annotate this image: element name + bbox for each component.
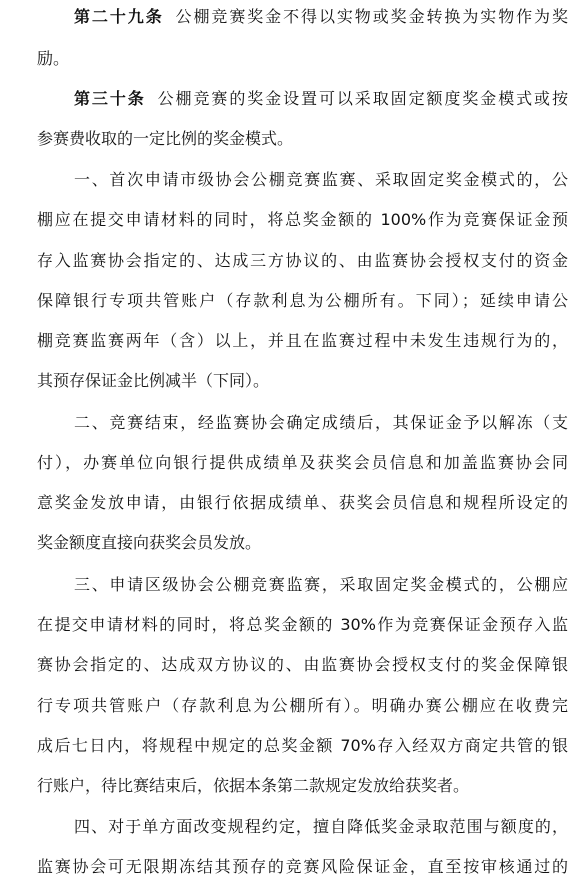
clause-3-line-6: 行账户，待比赛结束后，依据本条第二款规定发放给获奖者。 — [37, 774, 568, 798]
clause-2-line-4: 奖金额度直接向获奖会员发放。 — [37, 531, 568, 555]
article-30-line-2: 参赛费收取的一定比例的奖金模式。 — [37, 127, 568, 151]
clause-1-line-6: 其预存保证金比例减半（下同）。 — [37, 369, 568, 393]
article-29-line-1: 第二十九条公棚竞赛奖金不得以实物或奖金转换为实物作为奖 — [74, 5, 568, 29]
clause-2-line-2: 付），办赛单位向银行提供成绩单及获奖会员信息和加盖监赛协会同 — [37, 451, 568, 475]
clause-3-line-5: 成后七日内，将规程中规定的总奖金额 70%存入经双方商定共管的银 — [37, 734, 568, 758]
clause-3-line-2: 在提交申请材料的同时，将总奖金额的 30%作为竞赛保证金预存入监 — [37, 613, 568, 637]
article-30-text: 公棚竞赛的奖金设置可以采取固定额度奖金模式或按 — [156, 89, 568, 108]
clause-1-line-2: 棚应在提交申请材料的同时，将总奖金额的 100%作为竞赛保证金预 — [37, 208, 568, 232]
clause-1-line-4: 保障银行专项共管账户（存款利息为公棚所有。下同）；延续申请公 — [37, 289, 568, 313]
article-30-line-1: 第三十条公棚竞赛的奖金设置可以采取固定额度奖金模式或按 — [74, 87, 568, 111]
clause-2-line-1: 二、竞赛结束，经监赛协会确定成绩后，其保证金予以解冻（支 — [74, 411, 568, 435]
clause-1-line-3: 存入监赛协会指定的、达成三方协议的、由监赛协会授权支付的资金 — [37, 249, 568, 273]
article-30-heading: 第三十条 — [74, 89, 146, 108]
clause-3-line-3: 赛协会指定的、达成双方协议的、由监赛协会授权支付的奖金保障银 — [37, 653, 568, 677]
clause-1-line-1: 一、首次申请市级协会公棚竞赛监赛、采取固定奖金模式的，公 — [74, 168, 568, 192]
article-29-line-2: 励。 — [37, 47, 568, 71]
article-29-text: 公棚竞赛奖金不得以实物或奖金转换为实物作为奖 — [174, 7, 568, 26]
clause-3-line-4: 行专项共管账户（存款利息为公棚所有）。明确办赛公棚应在收费完 — [37, 694, 568, 718]
document-page: 第二十九条公棚竞赛奖金不得以实物或奖金转换为实物作为奖 励。 第三十条公棚竞赛的… — [0, 0, 588, 875]
clause-1-line-5: 棚竞赛监赛两年（含）以上，并且在监赛过程中未发生违规行为的， — [37, 329, 568, 353]
clause-2-line-3: 意奖金发放申请，由银行依据成绩单、获奖会员信息和规程所设定的 — [37, 491, 568, 515]
clause-4-line-2: 监赛协会可无限期冻结其预存的竞赛风险保证金，直至按审核通过的 — [37, 855, 568, 875]
clause-4-line-1: 四、对于单方面改变规程约定，擅自降低奖金录取范围与额度的， — [74, 815, 568, 839]
clause-3-line-1: 三、申请区级协会公棚竞赛监赛，采取固定奖金模式的，公棚应 — [74, 573, 568, 597]
article-29-heading: 第二十九条 — [74, 7, 164, 26]
